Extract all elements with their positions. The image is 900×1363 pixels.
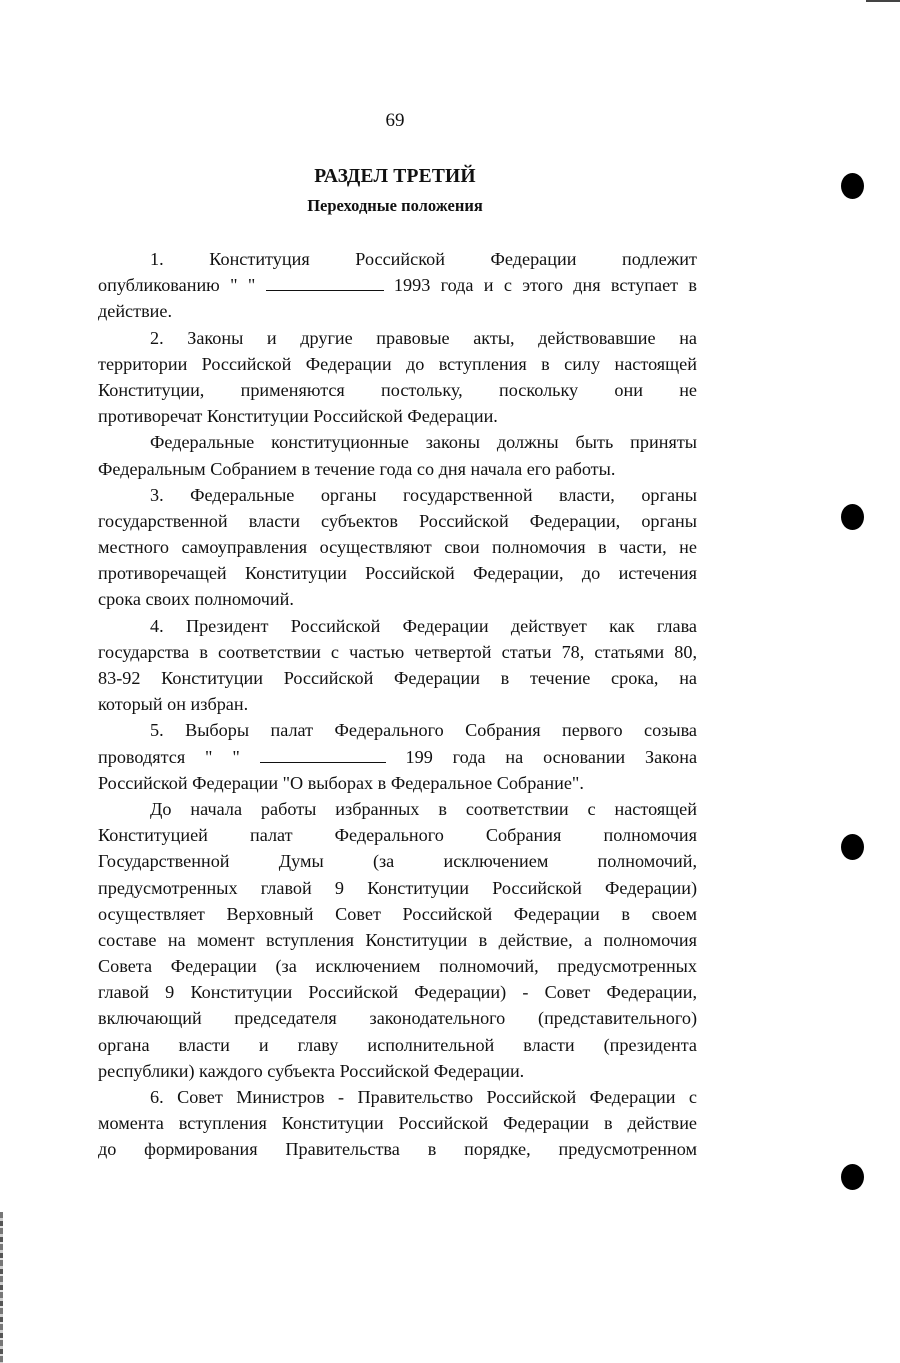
text-line: Федеральные конституционные законы должн…: [98, 429, 697, 455]
text-line: 6. Совет Министров - Правительство Росси…: [98, 1084, 697, 1110]
paragraph-5b: До начала работы избранных в соответстви…: [98, 796, 697, 1084]
blank-date-field: [266, 274, 384, 291]
text-line: 3. Федеральные органы государственной вл…: [98, 482, 697, 508]
text-line: Федеральным Собранием в течение года со …: [98, 456, 697, 482]
text-line: 2. Законы и другие правовые акты, действ…: [98, 325, 697, 351]
text-line: 4. Президент Российской Федерации действ…: [98, 613, 697, 639]
page-number: 69: [0, 110, 790, 132]
paragraph-3: 3. Федеральные органы государственной вл…: [98, 482, 697, 613]
text-line: составе на момент вступления Конституции…: [98, 927, 697, 953]
section-title: РАЗДЕЛ ТРЕТИЙ: [0, 166, 790, 188]
text-line: противоречат Конституции Российской Феде…: [98, 403, 697, 429]
text-line: проводятся " " 199 года на основании Зак…: [98, 744, 697, 770]
text-line: местного самоуправления осуществляют сво…: [98, 534, 697, 560]
paragraph-5: 5. Выборы палат Федерального Собрания пе…: [98, 717, 697, 796]
text-fragment: 199 года на основании Закона: [406, 747, 698, 767]
text-line: главой 9 Конституции Российской Федераци…: [98, 979, 697, 1005]
text-line: включающий председателя законодательного…: [98, 1005, 697, 1031]
text-line: государственной власти субъектов Российс…: [98, 508, 697, 534]
punch-hole-icon: [841, 504, 864, 530]
paragraph-2: 2. Законы и другие правовые акты, действ…: [98, 325, 697, 430]
punch-hole-icon: [841, 834, 864, 860]
text-line: Государственной Думы (за исключением пол…: [98, 848, 697, 874]
text-line: 1. Конституция Российской Федерации подл…: [98, 246, 697, 272]
document-body: 1. Конституция Российской Федерации подл…: [98, 246, 697, 1163]
punch-hole-icon: [841, 1164, 864, 1190]
text-line: который он избран.: [98, 691, 697, 717]
paragraph-4: 4. Президент Российской Федерации действ…: [98, 613, 697, 718]
scanned-document-page: 69 РАЗДЕЛ ТРЕТИЙ Переходные положения 1.…: [0, 0, 900, 1363]
text-fragment: опубликованию " ": [98, 275, 255, 295]
text-line: осуществляет Верховный Совет Российской …: [98, 901, 697, 927]
text-line: Российской Федерации "О выборах в Федера…: [98, 770, 697, 796]
text-line: органа власти и главу исполнительной вла…: [98, 1032, 697, 1058]
text-fragment: 1993 года и с этого дня вступает в: [394, 275, 697, 295]
text-line: момента вступления Конституции Российско…: [98, 1110, 697, 1136]
blank-date-field: [260, 746, 386, 763]
text-line: противоречащей Конституции Российской Фе…: [98, 560, 697, 586]
text-line: действие.: [98, 298, 697, 324]
text-fragment: проводятся " ": [98, 747, 240, 767]
scan-left-edge: [0, 1212, 3, 1363]
punch-hole-icon: [841, 173, 864, 199]
text-line: Конституцией палат Федерального Собрания…: [98, 822, 697, 848]
text-line: республики) каждого субъекта Российской …: [98, 1058, 697, 1084]
text-line: территории Российской Федерации до вступ…: [98, 351, 697, 377]
paragraph-2b: Федеральные конституционные законы должн…: [98, 429, 697, 481]
text-line: Совета Федерации (за исключением полномо…: [98, 953, 697, 979]
text-line: 5. Выборы палат Федерального Собрания пе…: [98, 717, 697, 743]
text-line: предусмотренных главой 9 Конституции Рос…: [98, 875, 697, 901]
text-line: 83-92 Конституции Российской Федерации в…: [98, 665, 697, 691]
text-line: до формирования Правительства в порядке,…: [98, 1136, 697, 1162]
paragraph-6: 6. Совет Министров - Правительство Росси…: [98, 1084, 697, 1163]
text-line: государства в соответствии с частью четв…: [98, 639, 697, 665]
paragraph-1: 1. Конституция Российской Федерации подл…: [98, 246, 697, 325]
text-line: До начала работы избранных в соответстви…: [98, 796, 697, 822]
scan-edge-mark: [866, 0, 900, 2]
text-line: опубликованию " " 1993 года и с этого дн…: [98, 272, 697, 298]
text-line: Конституции, применяются постольку, поск…: [98, 377, 697, 403]
text-line: срока своих полномочий.: [98, 586, 697, 612]
section-subtitle: Переходные положения: [0, 196, 790, 216]
